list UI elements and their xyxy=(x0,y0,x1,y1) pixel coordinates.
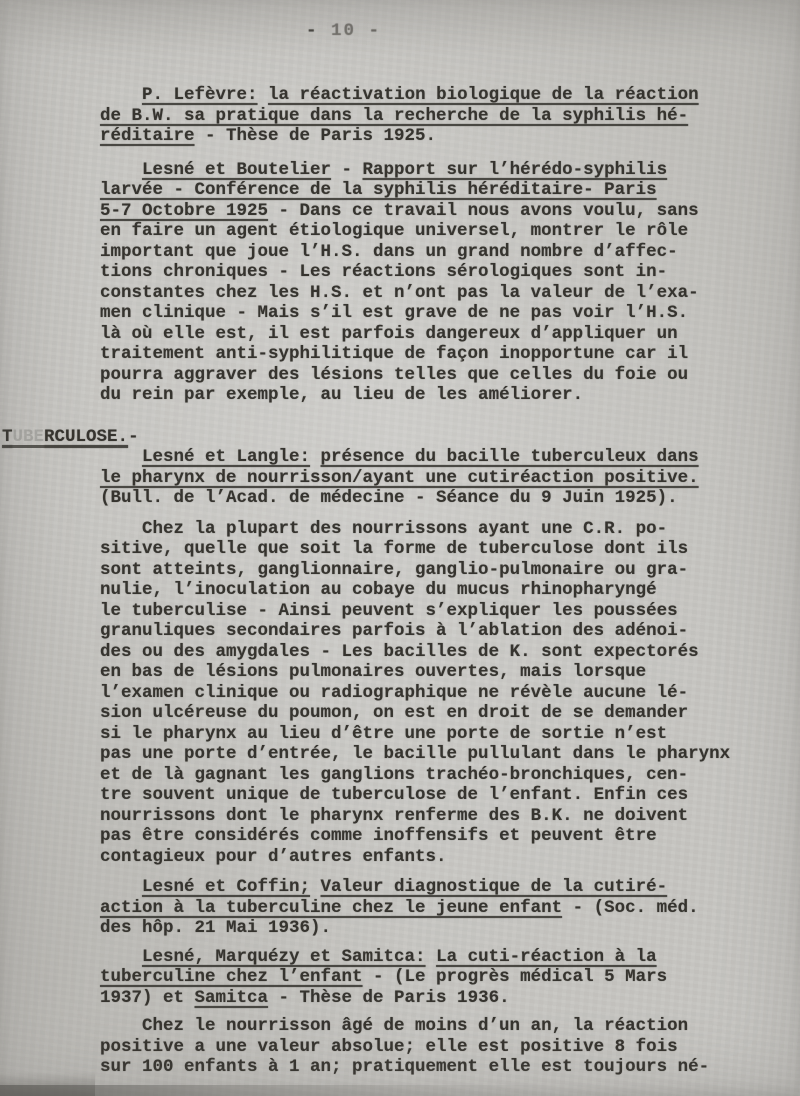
text-segment: RCULOSE xyxy=(44,427,118,447)
text-line: contagieux pour d’autres enfants. xyxy=(100,847,740,868)
para-cuti-reaction-positive: Chez la plupart des nourrissons ayant un… xyxy=(100,519,740,868)
text-segment: Rapport sur l’hérédo-syphilis xyxy=(363,160,668,180)
text-segment: (Bull. de l’Acad. de médecine - Séance d… xyxy=(100,488,678,508)
text-line: TUBERCULOSE.- xyxy=(2,427,740,448)
text-segment: - (Le progrès médical 5 Mars xyxy=(363,967,668,987)
text-segment: réditaire xyxy=(100,126,195,146)
text-line: men clinique - Mais s’il est grave de ne… xyxy=(100,303,740,324)
text-line: tuberculine chez l’enfant - (Le progrès … xyxy=(100,967,740,988)
text-segment: UBE xyxy=(13,427,45,447)
text-segment: nourrissons dont le pharynx renferme des… xyxy=(100,806,688,826)
text-segment: de B.W. sa pratique dans la recherche de… xyxy=(100,106,688,126)
text-segment: là où elle est, il est parfois dangereux… xyxy=(100,324,678,344)
text-segment: tions chroniques - Les réactions sérolog… xyxy=(100,262,667,282)
text-segment: Lesné et Langle: xyxy=(142,447,310,467)
text-segment: - Thèse de Paris 1925. xyxy=(195,126,437,146)
text-segment: larvée - Conférence de la syphilis héréd… xyxy=(100,180,657,200)
text-segment: présence du bacille tuberculeux dans xyxy=(321,447,699,467)
text-segment: - xyxy=(128,427,139,447)
text-segment: du rein par exemple, au lieu de les amél… xyxy=(100,385,583,405)
text-segment: action à la tuberculine chez le jeune en… xyxy=(100,898,562,918)
text-line: Lesné et Boutelier - Rapport sur l’héréd… xyxy=(100,160,740,181)
text-line: de B.W. sa pratique dans la recherche de… xyxy=(100,106,740,127)
text-line: pas être considérés comme inoffensifs et… xyxy=(100,826,740,847)
text-segment: P. Lefèvre: xyxy=(142,85,258,105)
text-segment: Lesné, Marquézy et Samitca: xyxy=(142,947,426,967)
text-line: nourrissons dont le pharynx renferme des… xyxy=(100,806,740,827)
text-line: Chez la plupart des nourrissons ayant un… xyxy=(100,519,740,540)
text-segment: sitive, quelle que soit la forme de tube… xyxy=(100,539,688,559)
text-segment: contagieux pour d’autres enfants. xyxy=(100,847,447,867)
text-segment xyxy=(310,447,321,467)
text-segment: - Thèse de Paris 1936. xyxy=(268,988,510,1008)
text-segment: T xyxy=(2,427,13,447)
text-segment: sur 100 enfants à 1 an; pratiquement ell… xyxy=(100,1057,709,1077)
section-heading-tuberculose: TUBERCULOSE.- xyxy=(2,427,740,448)
text-line: pourra aggraver des lésions telles que c… xyxy=(100,365,740,386)
text-segment: en faire un agent étiologique universel,… xyxy=(100,221,688,241)
text-segment: en bas de lésions pulmonaires ouvertes, … xyxy=(100,662,646,682)
text-segment: Chez le nourrisson âgé de moins d’un an,… xyxy=(142,1016,688,1036)
text-line: important que joue l’H.S. dans un grand … xyxy=(100,242,740,263)
text-line: Lesné, Marquézy et Samitca: La cuti-réac… xyxy=(100,947,740,968)
text-segment: traitement anti-syphilitique de façon in… xyxy=(100,344,688,364)
page-number-value: 10 xyxy=(331,21,356,41)
text-segment: et de là gagnant les ganglions trachéo-b… xyxy=(100,765,688,785)
document-page: - 10 - P. Lefèvre: la réactivation biolo… xyxy=(0,0,800,1096)
text-line: granuliques secondaires parfois à l’abla… xyxy=(100,621,740,642)
text-line: en faire un agent étiologique universel,… xyxy=(100,221,740,242)
text-line: action à la tuberculine chez le jeune en… xyxy=(100,898,740,919)
text-segment: l’examen clinique ou radiographique ne r… xyxy=(100,683,688,703)
text-line: P. Lefèvre: la réactivation biologique d… xyxy=(100,85,740,106)
text-line: du rein par exemple, au lieu de les amél… xyxy=(100,385,740,406)
text-line: Lesné et Coffin; Valeur diagnostique de … xyxy=(100,877,740,898)
page-number-dash-right: - xyxy=(356,21,381,41)
text-line: sur 100 enfants à 1 an; pratiquement ell… xyxy=(100,1057,740,1078)
text-segment: - (Soc. méd. xyxy=(562,898,699,918)
text-segment: important que joue l’H.S. dans un grand … xyxy=(100,242,678,262)
text-segment xyxy=(310,877,321,897)
text-segment xyxy=(258,85,269,105)
text-segment: La cuti-réaction à la xyxy=(436,947,657,967)
text-line: tre souvent unique de tuberculose de l’e… xyxy=(100,785,740,806)
text-segment xyxy=(426,947,437,967)
text-line: l’examen clinique ou radiographique ne r… xyxy=(100,683,740,704)
text-line: Lesné et Langle: présence du bacille tub… xyxy=(100,447,740,468)
para-nourrisson-reaction: Chez le nourrisson âgé de moins d’un an,… xyxy=(100,1016,740,1078)
text-segment: Lesné et Boutelier xyxy=(142,160,331,180)
text-line: 1937) et Samitca - Thèse de Paris 1936. xyxy=(100,988,740,1009)
text-line: réditaire - Thèse de Paris 1925. xyxy=(100,126,740,147)
text-segment: pourra aggraver des lésions telles que c… xyxy=(100,365,688,385)
text-line: pas une porte d’entrée, le bacille pullu… xyxy=(100,744,740,765)
text-segment: le tuberculise - Ainsi peuvent s’expliqu… xyxy=(100,601,678,621)
text-line: en bas de lésions pulmonaires ouvertes, … xyxy=(100,662,740,683)
text-line: (Bull. de l’Acad. de médecine - Séance d… xyxy=(100,488,740,509)
text-segment: constantes chez les H.S. et n’ont pas la… xyxy=(100,283,699,303)
text-line: si le pharynx au lieu d’être une porte d… xyxy=(100,724,740,745)
page-number: - 10 - xyxy=(306,21,381,42)
text-segment: granuliques secondaires parfois à l’abla… xyxy=(100,621,688,641)
text-segment: positive a une valeur absolue; elle est … xyxy=(100,1037,678,1057)
document-body: P. Lefèvre: la réactivation biologique d… xyxy=(100,85,740,1078)
text-segment: la réactivation biologique de la réactio… xyxy=(268,85,699,105)
text-segment: Valeur diagnostique de la cutiré- xyxy=(321,877,668,897)
text-line: le tuberculise - Ainsi peuvent s’expliqu… xyxy=(100,601,740,622)
text-segment: men clinique - Mais s’il est grave de ne… xyxy=(100,303,688,323)
page-number-dash-left: - xyxy=(306,21,331,41)
text-line: et de là gagnant les ganglions trachéo-b… xyxy=(100,765,740,786)
entry-lesne-langle: Lesné et Langle: présence du bacille tub… xyxy=(100,447,740,509)
text-line: sion ulcéreuse du poumon, on est en droi… xyxy=(100,703,740,724)
text-line: sitive, quelle que soit la forme de tube… xyxy=(100,539,740,560)
text-line: constantes chez les H.S. et n’ont pas la… xyxy=(100,283,740,304)
text-line: larvée - Conférence de la syphilis héréd… xyxy=(100,180,740,201)
text-segment: 1937) et xyxy=(100,988,195,1008)
entry-lesne-marquezy-samitca: Lesné, Marquézy et Samitca: La cuti-réac… xyxy=(100,947,740,1009)
text-segment: nulie, l’inoculation au cobaye du mucus … xyxy=(100,580,657,600)
text-segment: - Dans ce travail nous avons voulu, sans xyxy=(268,201,699,221)
text-line: le pharynx de nourrisson/ayant une cutir… xyxy=(100,468,740,489)
text-line: là où elle est, il est parfois dangereux… xyxy=(100,324,740,345)
text-segment: Lesné et Coffin; xyxy=(142,877,310,897)
text-segment: si le pharynx au lieu d’être une porte d… xyxy=(100,724,667,744)
text-line: traitement anti-syphilitique de façon in… xyxy=(100,344,740,365)
scan-shadow-corner xyxy=(0,1072,95,1096)
text-segment: Samitca xyxy=(195,988,269,1008)
text-line: sont atteints, ganglionnaire, ganglio-pu… xyxy=(100,560,740,581)
entry-lesne-boutelier: Lesné et Boutelier - Rapport sur l’héréd… xyxy=(100,160,740,406)
text-segment: Chez la plupart des nourrissons ayant un… xyxy=(142,519,667,539)
text-segment: 5-7 Octobre 1925 xyxy=(100,201,268,221)
text-segment: tre souvent unique de tuberculose de l’e… xyxy=(100,785,688,805)
text-segment: des hôp. 21 Mai 1936). xyxy=(100,918,331,938)
text-segment: sion ulcéreuse du poumon, on est en droi… xyxy=(100,703,688,723)
entry-lefevre: P. Lefèvre: la réactivation biologique d… xyxy=(100,85,740,147)
text-line: des ou des amygdales - Les bacilles de K… xyxy=(100,642,740,663)
text-line: 5-7 Octobre 1925 - Dans ce travail nous … xyxy=(100,201,740,222)
text-segment: tuberculine chez l’enfant xyxy=(100,967,363,987)
entry-lesne-coffin: Lesné et Coffin; Valeur diagnostique de … xyxy=(100,877,740,939)
text-segment: sont atteints, ganglionnaire, ganglio-pu… xyxy=(100,560,688,580)
text-line: Chez le nourrisson âgé de moins d’un an,… xyxy=(100,1016,740,1037)
text-segment: . xyxy=(118,427,129,447)
text-segment: pas une porte d’entrée, le bacille pullu… xyxy=(100,744,730,764)
text-segment: le pharynx de nourrisson/ayant une cutir… xyxy=(100,468,699,488)
text-line: nulie, l’inoculation au cobaye du mucus … xyxy=(100,580,740,601)
text-segment: - xyxy=(331,160,363,180)
text-line: tions chroniques - Les réactions sérolog… xyxy=(100,262,740,283)
text-segment: des ou des amygdales - Les bacilles de K… xyxy=(100,642,699,662)
text-line: des hôp. 21 Mai 1936). xyxy=(100,918,740,939)
scan-shadow-bottom xyxy=(0,1085,560,1096)
text-segment: pas être considérés comme inoffensifs et… xyxy=(100,826,657,846)
text-line: positive a une valeur absolue; elle est … xyxy=(100,1037,740,1058)
